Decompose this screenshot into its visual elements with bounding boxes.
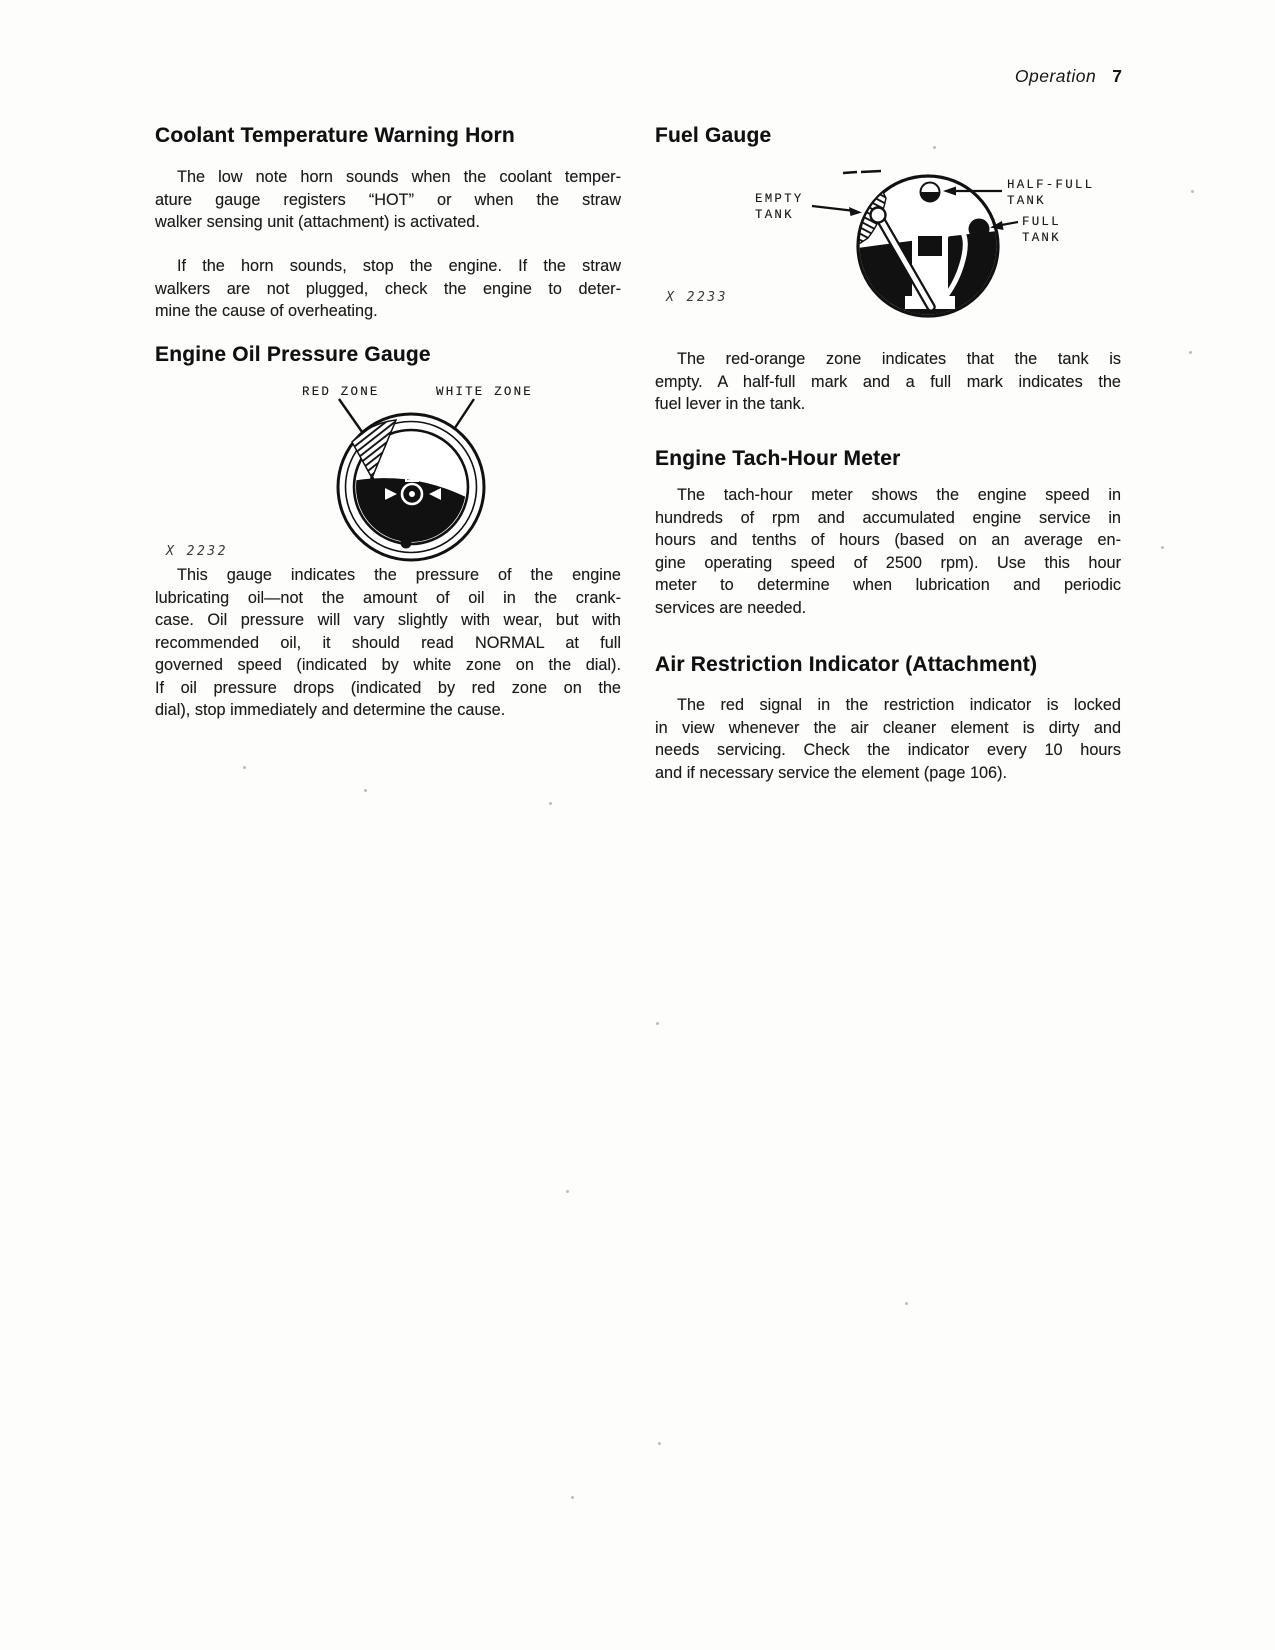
scan-speck [1161,546,1164,549]
air-restriction-paragraph: The red signal in the restriction indica… [655,694,1121,784]
text-line: If oil pressure drops (indicated by red … [155,677,621,700]
text-line: empty. A half-full mark and a full mark … [655,371,1121,394]
text-line: If the horn sounds, stop the engine. If … [155,255,621,278]
text-line: fuel lever in the tank. [655,393,1121,416]
text-line: This gauge indicates the pressure of the… [155,564,621,587]
label-line: FULL [1022,214,1061,230]
scan-speck [566,1190,569,1193]
text-line: in view whenever the air cleaner element… [655,717,1121,740]
running-header: Operation7 [1015,66,1122,87]
tach-hour-meter-paragraph: The tach-hour meter shows the engine spe… [655,484,1121,619]
heading-air-restriction-indicator: Air Restriction Indicator (Attachment) [655,653,1037,677]
text-line: hundreds of rpm and accumulated engine s… [655,507,1121,530]
text-line: recommended oil, it should read NORMAL a… [155,632,621,655]
section-title: Operation [1015,66,1096,86]
label-line: EMPTY [755,191,804,207]
gauge-needle-hub [401,538,412,549]
text-line: walkers are not plugged, check the engin… [155,278,621,301]
rim-dash [843,172,857,173]
heading-engine-tach-hour-meter: Engine Tach-Hour Meter [655,447,901,471]
scan-speck [1191,190,1194,193]
text-line: The tach-hour meter shows the engine spe… [655,484,1121,507]
text-line: gine operating speed of 2500 rpm). Use t… [655,552,1121,575]
text-line: case. Oil pressure will vary slightly wi… [155,609,621,632]
figure-label-full-tank: FULL TANK [1022,214,1061,246]
heading-engine-oil-pressure-gauge: Engine Oil Pressure Gauge [155,343,431,367]
figure-label-empty-tank: EMPTY TANK [755,191,804,223]
heading-coolant-temperature-warning-horn: Coolant Temperature Warning Horn [155,124,515,148]
text-line: walker sensing unit (attachment) is acti… [155,211,621,234]
oil-gauge-paragraph: This gauge indicates the pressure of the… [155,564,621,722]
scan-speck [656,1022,659,1025]
coolant-paragraph-2: If the horn sounds, stop the engine. If … [155,255,621,323]
manual-page: Operation7 Coolant Temperature Warning H… [0,0,1275,1650]
label-line: TANK [755,207,804,223]
scan-speck [549,802,552,805]
oil-pressure-gauge-figure [290,370,520,585]
oil-drop-icon [409,491,415,497]
scan-speck [571,1496,574,1499]
figure-label-half-full-tank: HALF-FULL TANK [1007,177,1094,209]
text-line: and if necessary service the element (pa… [655,762,1121,785]
text-line: dial), stop immediately and determine th… [155,699,621,722]
text-line: ature gauge registers “HOT” or when the … [155,189,621,212]
scan-speck [1189,351,1192,354]
page-number: 7 [1112,66,1122,86]
gauge-needle-hub [871,208,886,223]
empty-tank-arrow [812,206,862,216]
scan-speck [658,1442,661,1445]
scan-speck [243,766,246,769]
fuel-gauge-paragraph: The red-orange zone indicates that the t… [655,348,1121,416]
heading-fuel-gauge: Fuel Gauge [655,124,771,148]
text-line: lubricating oil—not the amount of oil in… [155,587,621,610]
figure-caption-fuel-gauge: X 2233 [666,290,728,305]
text-line: services are needed. [655,597,1121,620]
text-line: meter to determine when lubrication and … [655,574,1121,597]
text-line: hours and tenths of hours (based on an a… [655,529,1121,552]
text-line: The red signal in the restriction indica… [655,694,1121,717]
scan-speck [364,789,367,792]
label-line: HALF-FULL [1007,177,1094,193]
scan-speck [933,146,936,149]
text-line: The low note horn sounds when the coolan… [155,166,621,189]
text-line: mine the cause of overheating. [155,300,621,323]
text-line: The red-orange zone indicates that the t… [655,348,1121,371]
rim-dash [861,171,881,172]
text-line: needs servicing. Check the indicator eve… [655,739,1121,762]
label-line: TANK [1022,230,1061,246]
full-mark [969,219,990,240]
figure-caption-oil-gauge: X 2232 [166,544,228,559]
coolant-paragraph-1: The low note horn sounds when the coolan… [155,166,621,234]
text-line: governed speed (indicated by white zone … [155,654,621,677]
scan-speck [905,1302,908,1305]
label-line: TANK [1007,193,1094,209]
